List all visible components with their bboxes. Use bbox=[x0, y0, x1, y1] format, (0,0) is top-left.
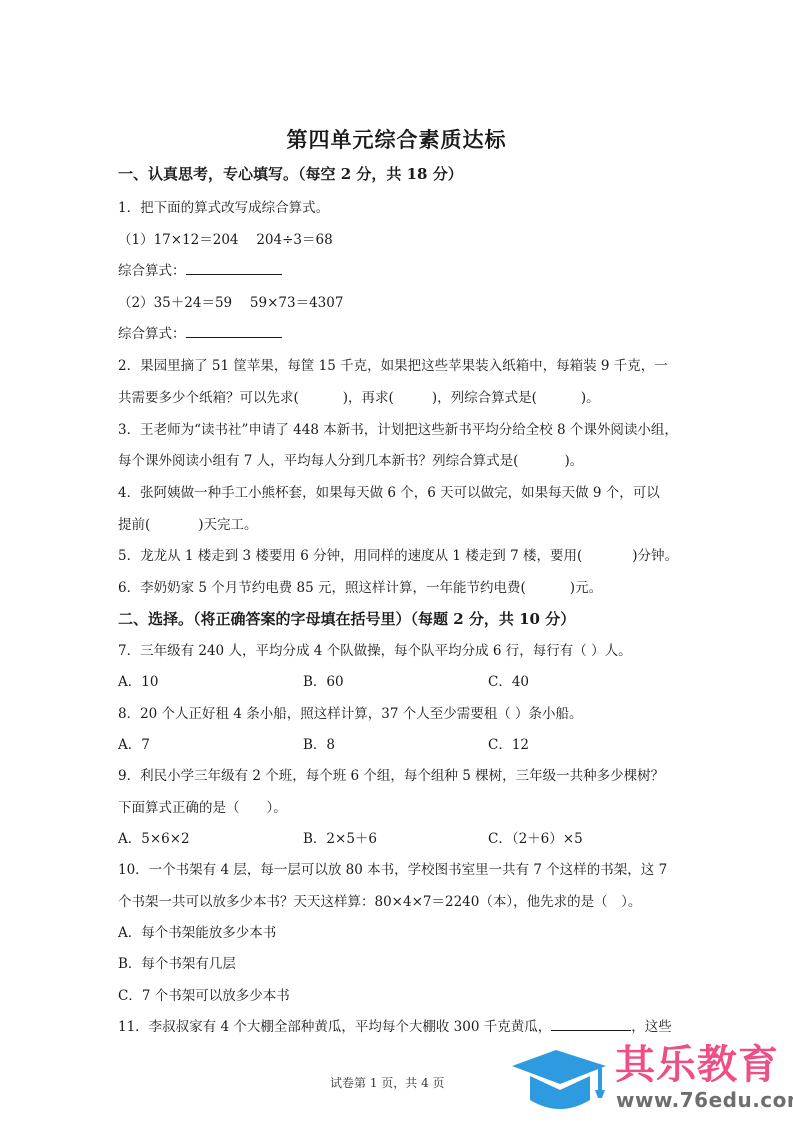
q8-option-b[interactable]: B．8 bbox=[303, 736, 335, 754]
q11-text-b: ，这些 bbox=[631, 1019, 672, 1035]
q11-text-a: 11．李叔叔家有 4 个大棚全部种黄瓜，平均每个大棚收 300 千克黄瓜， bbox=[118, 1019, 551, 1035]
q10-line2: 个书架一共可以放多少本书？天天这样算：80×4×7＝2240（本），他先求的是（… bbox=[118, 893, 641, 911]
q3-line2: 每个课外阅读小组有 7 人，平均每人分到几本新书？列综合算式是()。 bbox=[118, 452, 583, 470]
q10-option-c[interactable]: C．7 个书架可以放多少本书 bbox=[118, 987, 290, 1005]
q2-line1: 2．果园里摘了 51 筐苹果，每筐 15 千克，如果把这些苹果装入纸箱中，每箱装… bbox=[118, 357, 668, 375]
q4-line1: 4．张阿姨做一种手工小熊杯套，如果每天做 6 个，6 天可以做完，如果每天做 9… bbox=[118, 484, 660, 502]
q9-line1: 9．利民小学三年级有 2 个班，每个班 6 个组，每个组种 5 棵树，三年级一共… bbox=[118, 767, 664, 785]
q4-line2: 提前()天完工。 bbox=[118, 516, 258, 534]
q1-answer-1: 综合算式： bbox=[118, 262, 282, 280]
q9-line2: 下面算式正确的是（ ）。 bbox=[118, 799, 287, 817]
q3-text-b: )。 bbox=[564, 453, 583, 469]
q1-part1: （1）17×12＝204 204÷3＝68 bbox=[118, 231, 333, 249]
page-footer: 试卷第 1 页，共 4 页 bbox=[330, 1074, 445, 1091]
q2-text-a: 共需要多少个纸箱？可以先求( bbox=[118, 390, 299, 406]
q10-line1: 10．一个书架有 4 层，每一层可以放 80 本书，学校图书室里一共有 7 个这… bbox=[118, 861, 667, 879]
section-1-heading: 一、认真思考，专心填写。（每空 2 分，共 18 分） bbox=[118, 165, 463, 183]
q2-text-b: )，再求( bbox=[343, 390, 394, 406]
q1-answer-2-label: 综合算式： bbox=[118, 326, 186, 342]
q5-text-b: )分钟。 bbox=[632, 548, 678, 564]
q1-stem: 1．把下面的算式改写成综合算式。 bbox=[118, 199, 329, 217]
q2-text-d: )。 bbox=[581, 390, 600, 406]
watermark-url: www.76edu.com bbox=[616, 1088, 793, 1112]
q11-line1: 11．李叔叔家有 4 个大棚全部种黄瓜，平均每个大棚收 300 千克黄瓜，，这些 bbox=[118, 1018, 672, 1036]
q8-stem: 8．20 个人正好租 4 条小船，照这样计算，37 个人至少需要租（ ）条小船。 bbox=[118, 705, 583, 723]
q2-text-c: )，列综合算式是( bbox=[432, 390, 537, 406]
q8-option-c[interactable]: C．12 bbox=[488, 736, 529, 754]
q10-option-a[interactable]: A．每个书架能放多少本书 bbox=[118, 924, 276, 942]
q7-option-c[interactable]: C．40 bbox=[488, 673, 529, 691]
q10-option-b[interactable]: B．每个书架有几层 bbox=[118, 955, 236, 973]
q1-answer-2-blank[interactable] bbox=[186, 325, 282, 338]
q7-option-b[interactable]: B．60 bbox=[303, 673, 344, 691]
q6-text-b: )元。 bbox=[570, 580, 602, 596]
q4-text-a: 提前( bbox=[118, 517, 150, 533]
section-2-heading: 二、选择。（将正确答案的字母填在括号里）（每题 2 分，共 10 分） bbox=[118, 610, 575, 628]
q7-option-a[interactable]: A．10 bbox=[118, 673, 158, 691]
q1-answer-2: 综合算式： bbox=[118, 325, 282, 343]
q1-part2: （2）35＋24＝59 59×73＝4307 bbox=[118, 294, 343, 312]
q3-text-a: 每个课外阅读小组有 7 人，平均每人分到几本新书？列综合算式是( bbox=[118, 453, 518, 469]
q11-blank[interactable] bbox=[551, 1018, 631, 1031]
q1-answer-1-blank[interactable] bbox=[186, 262, 282, 275]
q2-line2: 共需要多少个纸箱？可以先求()，再求()，列综合算式是()。 bbox=[118, 389, 600, 407]
q7-stem: 7．三年级有 240 人，平均分成 4 个队做操，每个队平均分成 6 行，每行有… bbox=[118, 642, 632, 660]
q9-option-b[interactable]: B．2×5＋6 bbox=[303, 830, 377, 848]
watermark-brand: 其乐教育 bbox=[615, 1042, 779, 1088]
page-title: 第四单元综合素质达标 bbox=[0, 124, 793, 154]
watermark-logo: 其乐教育 www.76edu.com bbox=[508, 1040, 793, 1120]
q9-option-a[interactable]: A．5×6×2 bbox=[118, 830, 190, 848]
graduation-cap-icon bbox=[510, 1046, 612, 1116]
q6-text-a: 6．李奶奶家 5 个月节约电费 85 元，照这样计算，一年能节约电费( bbox=[118, 580, 526, 596]
q9-option-c[interactable]: C．（2＋6）×5 bbox=[488, 830, 583, 848]
q5-text-a: 5．龙龙从 1 楼走到 3 楼要用 6 分钟，用同样的速度从 1 楼走到 7 楼… bbox=[118, 548, 582, 564]
q6: 6．李奶奶家 5 个月节约电费 85 元，照这样计算，一年能节约电费()元。 bbox=[118, 579, 602, 597]
q4-text-b: )天完工。 bbox=[198, 517, 257, 533]
q8-option-a[interactable]: A．7 bbox=[118, 736, 150, 754]
q1-answer-1-label: 综合算式： bbox=[118, 263, 186, 279]
q3-line1: 3．王老师为“读书社”申请了 448 本新书，计划把这些新书平均分给全校 8 个… bbox=[118, 421, 678, 439]
q5: 5．龙龙从 1 楼走到 3 楼要用 6 分钟，用同样的速度从 1 楼走到 7 楼… bbox=[118, 547, 678, 565]
